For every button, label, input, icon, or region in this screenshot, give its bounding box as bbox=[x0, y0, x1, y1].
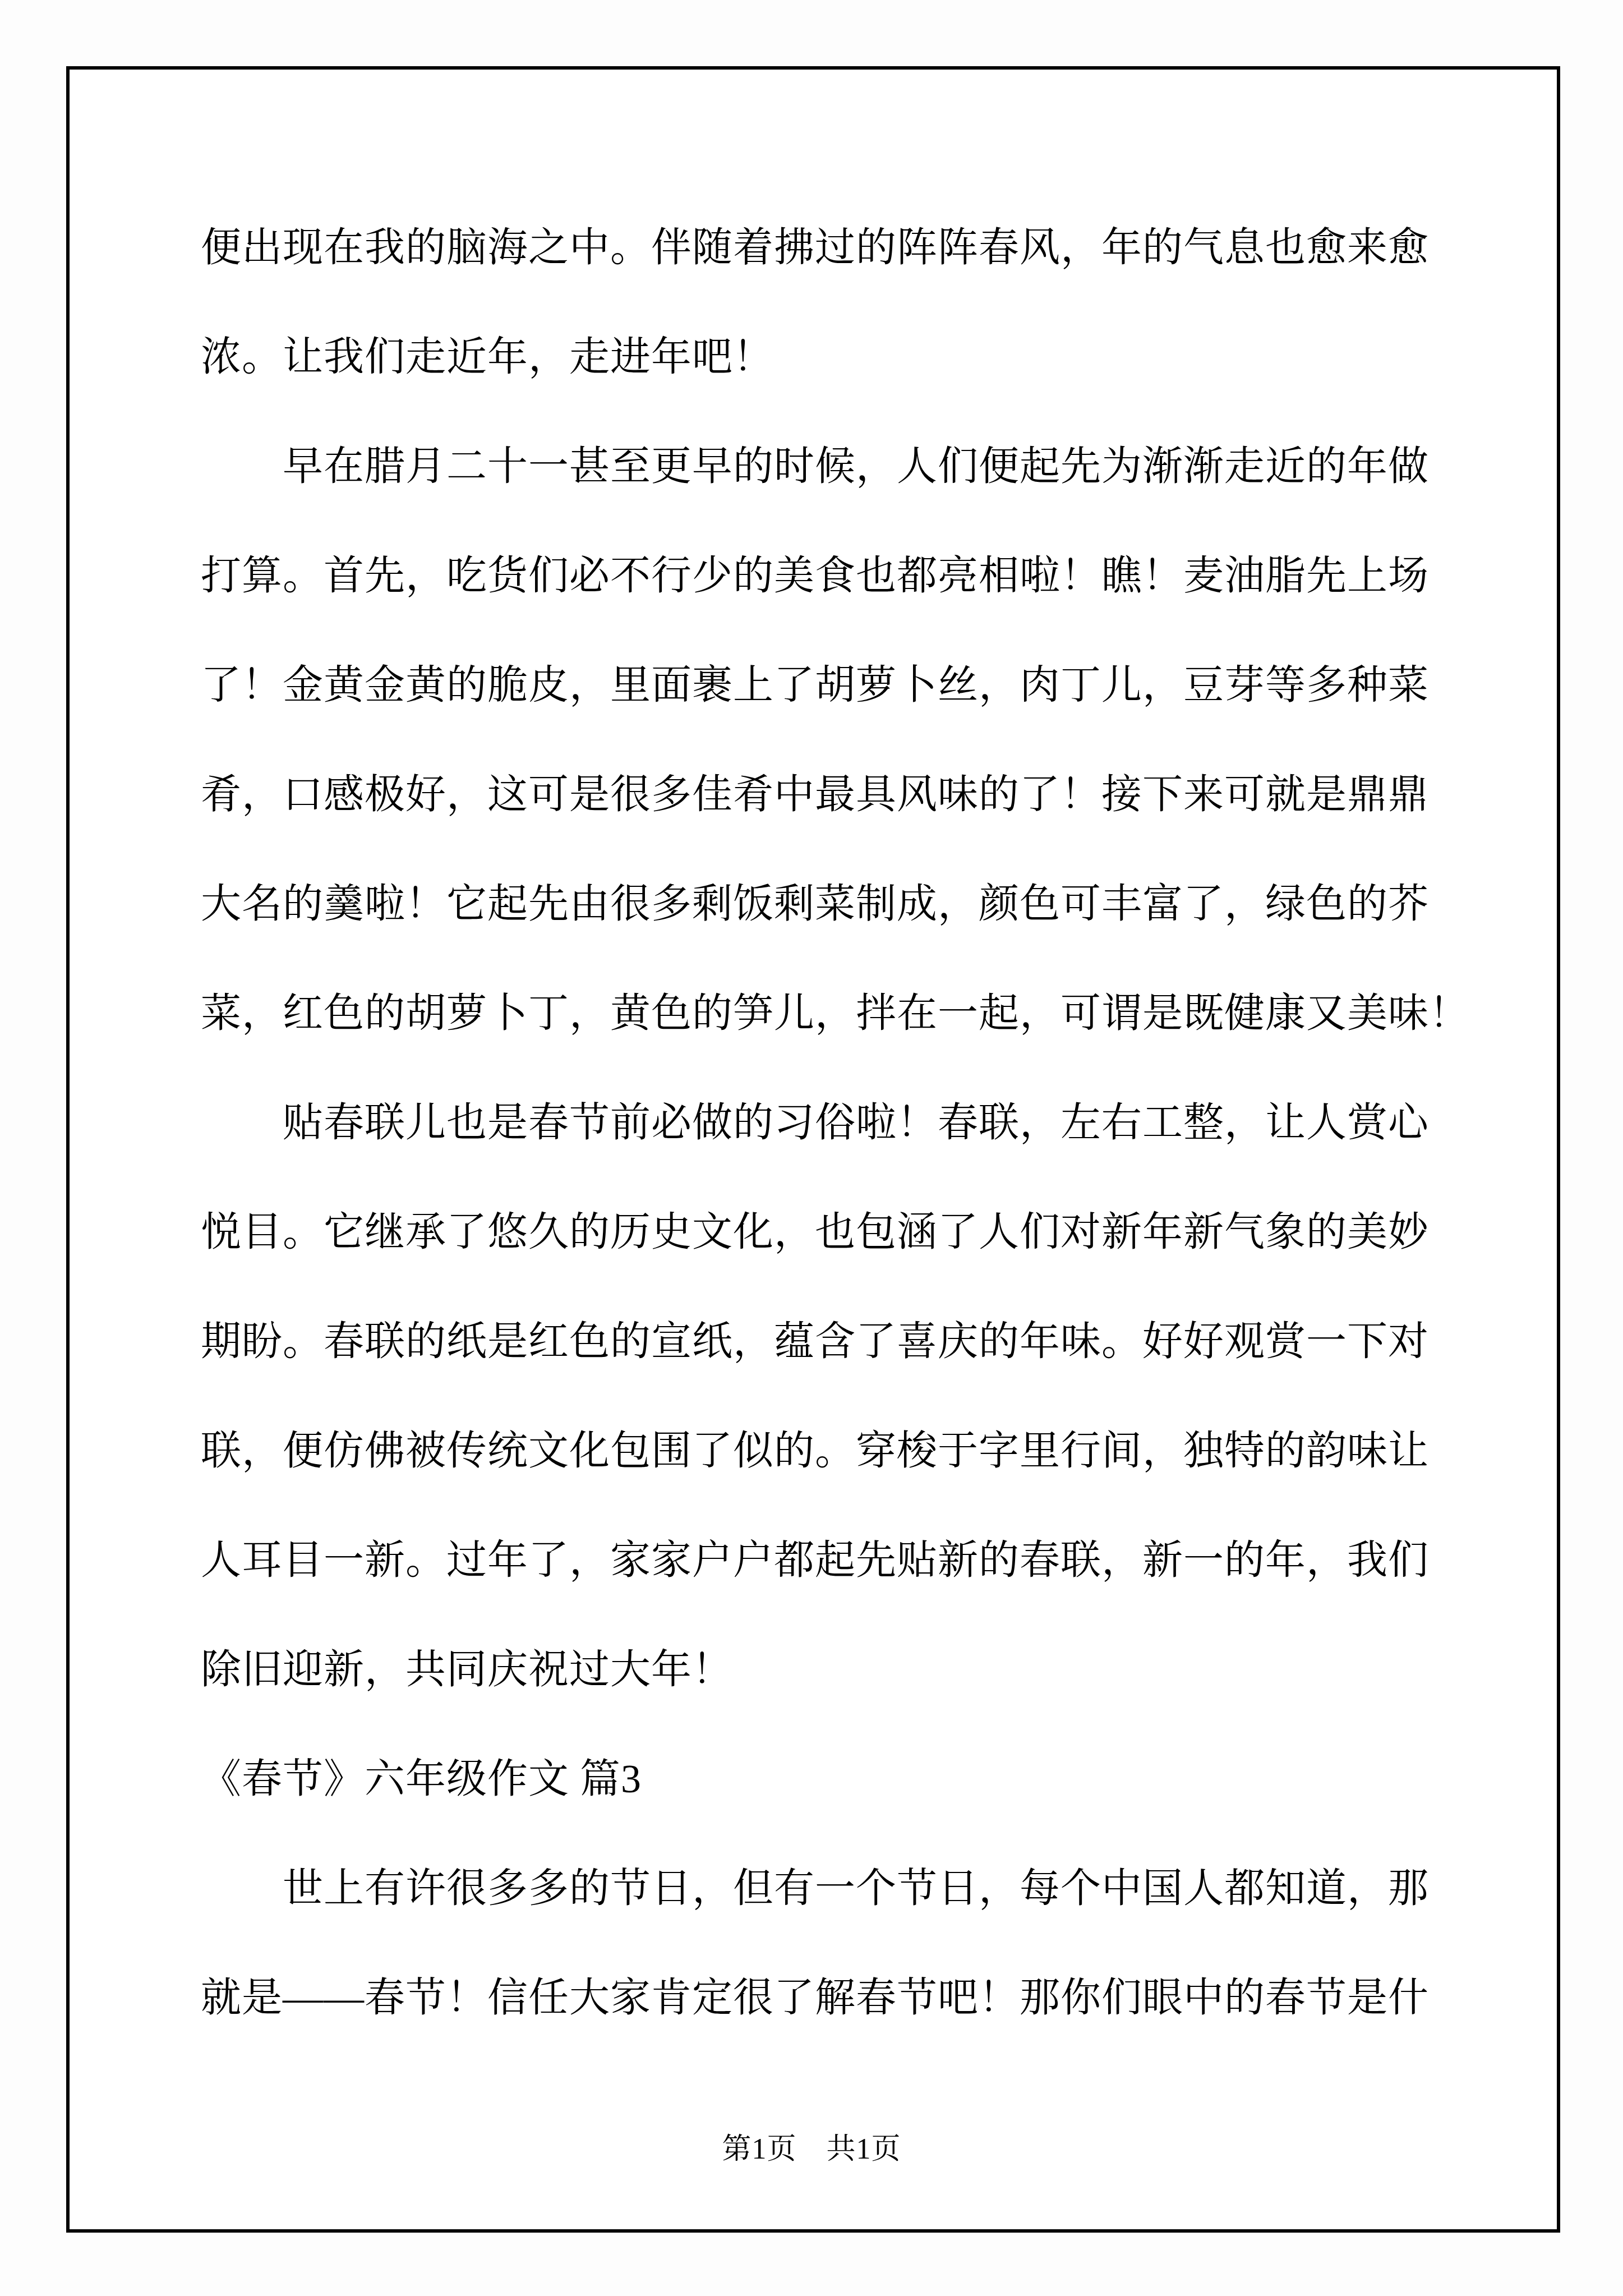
text-line: 悦目。它继承了悠久的历史文化，也包涵了人们对新年新气象的美妙 bbox=[201, 1177, 1435, 1287]
essay-body: 便出现在我的脑海之中。伴随着拂过的阵阵春风，年的气息也愈来愈 浓。让我们走近年，… bbox=[201, 193, 1435, 2053]
page-number-footer: 第1页 共1页 bbox=[0, 2132, 1623, 2168]
section-heading: 《春节》六年级作文 篇3 bbox=[201, 1724, 1435, 1834]
text-line: 早在腊月二十一甚至更早的时候，人们便起先为渐渐走近的年做 bbox=[201, 412, 1435, 521]
text-line: 浓。让我们走近年，走进年吧！ bbox=[201, 302, 1435, 412]
text-line: 大名的羹啦！它起先由很多剩饭剩菜制成，颜色可丰富了，绿色的芥 bbox=[201, 849, 1435, 959]
text-line: 联，便仿佛被传统文化包围了似的。穿梭于字里行间，独特的韵味让 bbox=[201, 1396, 1435, 1506]
text-line: 了！金黄金黄的脆皮，里面裹上了胡萝卜丝，肉丁儿，豆芽等多种菜 bbox=[201, 631, 1435, 740]
text-line: 就是——春节！信任大家肯定很了解春节吧！那你们眼中的春节是什 bbox=[201, 1943, 1435, 2053]
text-line: 世上有许很多多的节日，但有一个节日，每个中国人都知道，那 bbox=[201, 1834, 1435, 1943]
text-line: 便出现在我的脑海之中。伴随着拂过的阵阵春风，年的气息也愈来愈 bbox=[201, 193, 1435, 302]
text-line: 菜，红色的胡萝卜丁，黄色的笋儿，拌在一起，可谓是既健康又美味！ bbox=[201, 959, 1435, 1068]
text-line: 期盼。春联的纸是红色的宣纸，蕴含了喜庆的年味。好好观赏一下对 bbox=[201, 1287, 1435, 1396]
text-line: 除旧迎新，共同庆祝过大年！ bbox=[201, 1615, 1435, 1724]
text-line: 贴春联儿也是春节前必做的习俗啦！春联，左右工整，让人赏心 bbox=[201, 1068, 1435, 1177]
text-line: 肴，口感极好，这可是很多佳肴中最具风味的了！接下来可就是鼎鼎 bbox=[201, 740, 1435, 849]
text-line: 人耳目一新。过年了，家家户户都起先贴新的春联，新一的年，我们 bbox=[201, 1506, 1435, 1615]
text-line: 打算。首先，吃货们必不行少的美食也都亮相啦！瞧！麦油脂先上场 bbox=[201, 521, 1435, 631]
